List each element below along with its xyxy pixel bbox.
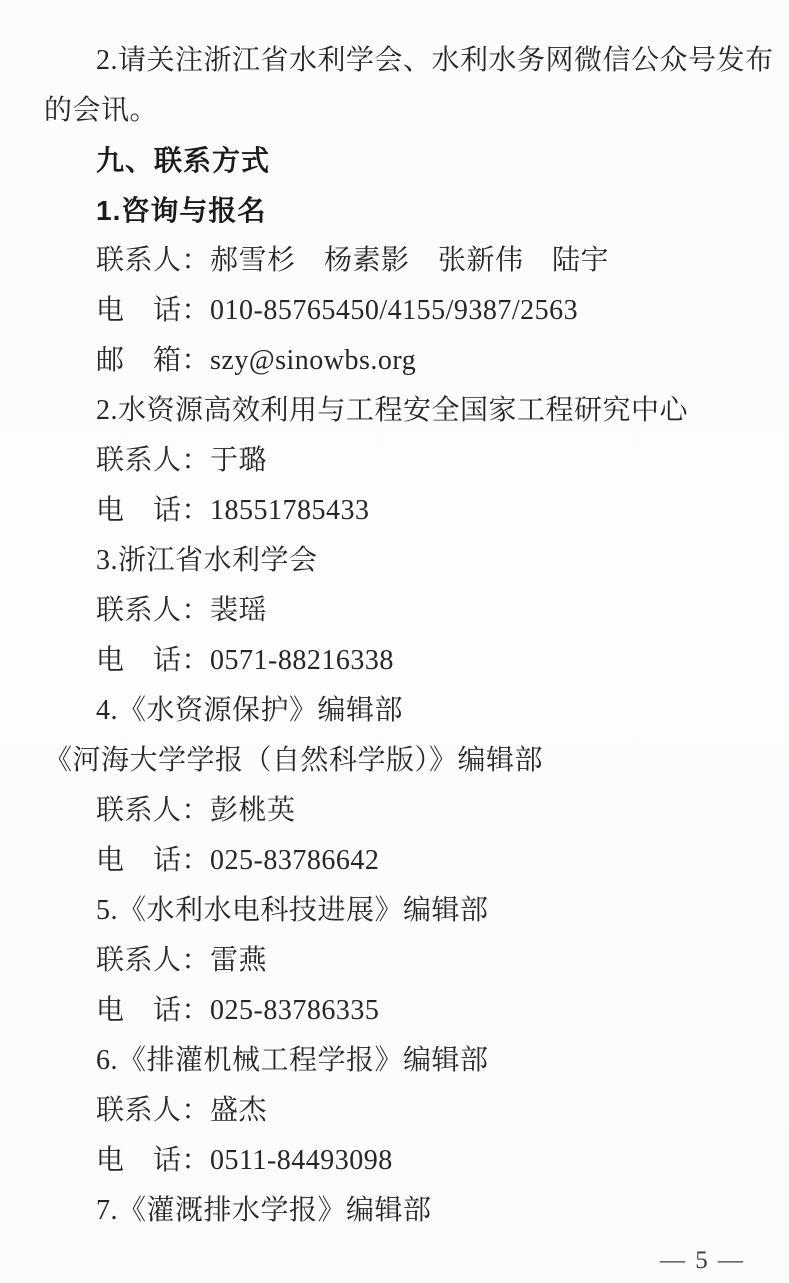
document-body: 2.请关注浙江省水利学会、水利水务网微信公众号发布 的会讯。 九、联系方式 1.… [44, 36, 749, 1236]
contact-person-org-6: 联系人：盛杰 [44, 1086, 749, 1136]
wechat-notice-line-1: 2.请关注浙江省水利学会、水利水务网微信公众号发布 [44, 36, 749, 86]
contact-person-org-4: 联系人：彭桃英 [44, 786, 749, 836]
section-9-heading: 九、联系方式 [44, 136, 749, 186]
phone-registration: 电 话：010-85765450/4155/9387/2563 [44, 286, 749, 336]
phone-org-6: 电 话：0511-84493098 [44, 1136, 749, 1186]
contact-person-org-5: 联系人：雷燕 [44, 936, 749, 986]
contact-persons-registration: 联系人：郝雪杉 杨素影 张新伟 陆宇 [44, 236, 749, 286]
subsection-1-heading: 1.咨询与报名 [44, 186, 749, 236]
org-5-name: 5.《水利水电科技进展》编辑部 [44, 886, 749, 936]
phone-org-3: 电 话：0571-88216338 [44, 636, 749, 686]
org-2-name: 2.水资源高效利用与工程安全国家工程研究中心 [44, 386, 749, 436]
phone-org-4: 电 话：025-83786642 [44, 836, 749, 886]
contact-person-org-2: 联系人：于璐 [44, 436, 749, 486]
org-4-name-line-2: 《河海大学学报（自然科学版）》编辑部 [44, 736, 749, 786]
email-registration: 邮 箱：szy@sinowbs.org [44, 336, 749, 386]
org-7-name: 7.《灌溉排水学报》编辑部 [44, 1186, 749, 1236]
phone-org-2: 电 话：18551785433 [44, 486, 749, 536]
phone-org-5: 电 话：025-83786335 [44, 986, 749, 1036]
contact-person-org-3: 联系人：裴瑶 [44, 586, 749, 636]
org-6-name: 6.《排灌机械工程学报》编辑部 [44, 1036, 749, 1086]
page-number: — 5 — [660, 1247, 745, 1275]
org-4-name-line-1: 4.《水资源保护》编辑部 [44, 686, 749, 736]
document-page: 2.请关注浙江省水利学会、水利水务网微信公众号发布 的会讯。 九、联系方式 1.… [0, 0, 789, 1283]
wechat-notice-line-2: 的会讯。 [44, 86, 749, 136]
org-3-name: 3.浙江省水利学会 [44, 536, 749, 586]
